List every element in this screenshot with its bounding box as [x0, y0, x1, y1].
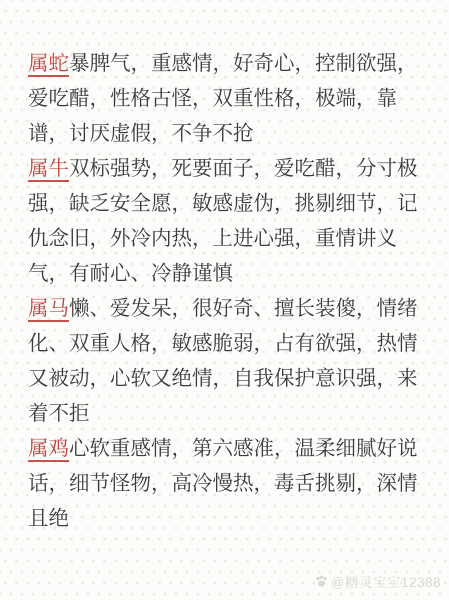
zodiac-text-block: 属蛇暴脾气，重感情，好奇心，控制欲强，爱吃醋，性格古怪，双重性格，极端，靠谱，讨… [0, 0, 449, 536]
zodiac-entry-snake: 属蛇暴脾气，重感情，好奇心，控制欲强，爱吃醋，性格古怪，双重性格，极端，靠谱，讨… [28, 46, 421, 151]
watermark-text: @糖灵宝宝12388 [331, 571, 441, 591]
zodiac-entry-ox: 属牛双标强势，死要面子，爱吃醋，分寸极强，缺乏安全愿，敏感虚伪，挑剔细节，记仇念… [28, 151, 421, 291]
zodiac-entry-rooster: 属鸡心软重感情，第六感准，温柔细腻好说话，细节怪物，高冷慢热，毒舌挑剔，深情且绝 [28, 431, 421, 536]
zodiac-desc-ox: 双标强势，死要面子，爱吃醋，分寸极强，缺乏安全愿，敏感虚伪，挑剔细节，记仇念旧，… [28, 157, 418, 285]
zodiac-label-snake: 属蛇 [28, 52, 69, 77]
zodiac-desc-horse: 懒、爱发呆，很好奇、擅长装傻，情绪化、双重人格，敏感脆弱，占有欲强，热情又被动，… [28, 297, 418, 425]
watermark: @糖灵宝宝12388 [315, 571, 441, 591]
paw-logo-icon [315, 575, 328, 588]
zodiac-label-horse: 属马 [28, 297, 69, 322]
zodiac-entry-horse: 属马懒、爱发呆，很好奇、擅长装傻，情绪化、双重人格，敏感脆弱，占有欲强，热情又被… [28, 291, 421, 431]
zodiac-desc-snake: 暴脾气，重感情，好奇心，控制欲强，爱吃醋，性格古怪，双重性格，极端，靠谱，讨厌虚… [28, 52, 418, 145]
zodiac-note-page: 属蛇暴脾气，重感情，好奇心，控制欲强，爱吃醋，性格古怪，双重性格，极端，靠谱，讨… [0, 0, 449, 600]
zodiac-label-ox: 属牛 [28, 157, 69, 182]
zodiac-label-rooster: 属鸡 [28, 437, 69, 462]
zodiac-desc-rooster: 心软重感情，第六感准，温柔细腻好说话，细节怪物，高冷慢热，毒舌挑剔，深情且绝 [28, 437, 418, 530]
